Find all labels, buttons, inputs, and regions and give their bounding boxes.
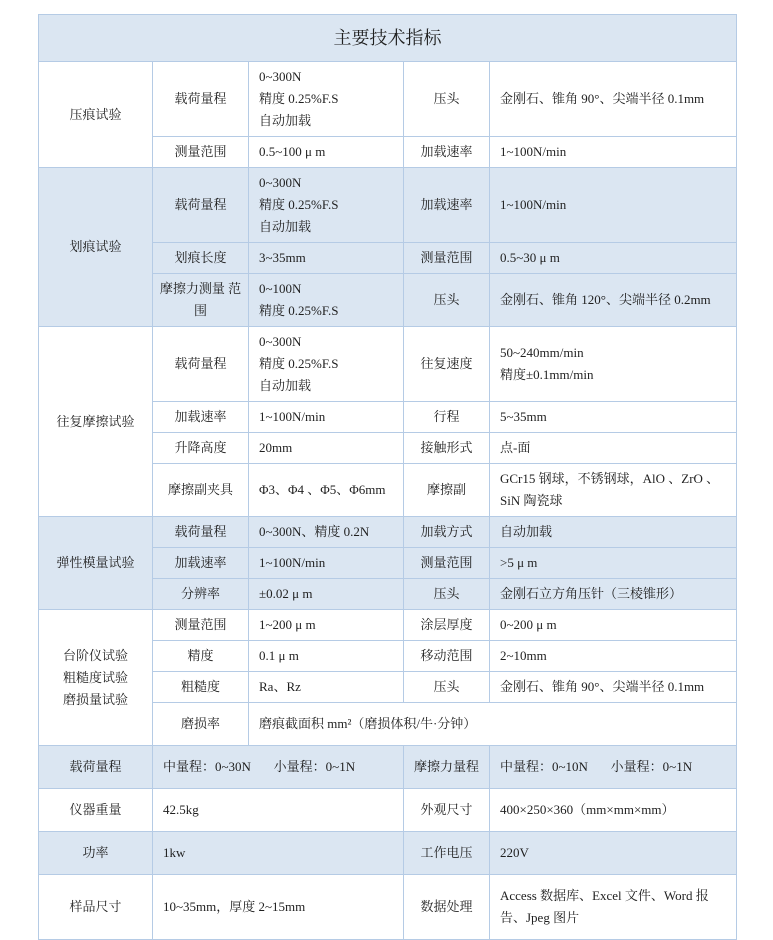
- param-label-cell: 行程: [404, 402, 490, 433]
- table-header-row: 主要技术指标: [39, 15, 737, 62]
- table-row: 载荷量程 中量程：0~30N 小量程：0~1N 摩擦力量程 中量程：0~10N …: [39, 746, 737, 789]
- param-value-cell: ±0.02 μ m: [249, 579, 404, 610]
- spec-table-container: 主要技术指标 压痕试验 载荷量程 0~300N 精度 0.25%F.S 自动加载…: [38, 14, 737, 940]
- table-title: 主要技术指标: [39, 15, 737, 62]
- param-label-cell: 载荷量程: [153, 517, 249, 548]
- param-value-cell: 金刚石、锥角 120°、尖端半径 0.2mm: [490, 274, 737, 327]
- param-label-cell: 测量范围: [153, 137, 249, 168]
- spec-value-cell: 10~35mm，厚度 2~15mm: [153, 875, 404, 940]
- section-scratch-test: 划痕试验 载荷量程 0~300N 精度 0.25%F.S 自动加载 加载速率 1…: [39, 168, 737, 327]
- param-value-cell: 0.5~100 μ m: [249, 137, 404, 168]
- param-label-cell: 测量范围: [404, 243, 490, 274]
- spec-label-cell: 外观尺寸: [404, 789, 490, 832]
- param-value-cell: 1~100N/min: [249, 402, 404, 433]
- param-label-cell: 压头: [404, 579, 490, 610]
- param-value-cell: Φ3、Φ4 、Φ5、Φ6mm: [249, 464, 404, 517]
- param-label-cell: 接触形式: [404, 433, 490, 464]
- param-label-cell: 划痕长度: [153, 243, 249, 274]
- spec-table: 主要技术指标 压痕试验 载荷量程 0~300N 精度 0.25%F.S 自动加载…: [38, 14, 737, 940]
- spec-value-cell: 400×250×360（mm×mm×mm）: [490, 789, 737, 832]
- param-label-cell: 粗糙度: [153, 672, 249, 703]
- param-value-cell: 50~240mm/min 精度±0.1mm/min: [490, 327, 737, 402]
- param-value-cell: 0~300N 精度 0.25%F.S 自动加载: [249, 62, 404, 137]
- param-label-cell: 往复速度: [404, 327, 490, 402]
- param-value-cell: 金刚石、锥角 90°、尖端半径 0.1mm: [490, 672, 737, 703]
- spec-value-cell: 220V: [490, 832, 737, 875]
- spec-label-cell: 数据处理: [404, 875, 490, 940]
- table-row: 台阶仪试验 粗糙度试验 磨损量试验 测量范围 1~200 μ m 涂层厚度 0~…: [39, 610, 737, 641]
- param-value-cell: 0~200 μ m: [490, 610, 737, 641]
- param-label-cell: 载荷量程: [153, 62, 249, 137]
- spec-value-cell: 42.5kg: [153, 789, 404, 832]
- param-label-cell: 载荷量程: [153, 327, 249, 402]
- table-row: 往复摩擦试验 载荷量程 0~300N 精度 0.25%F.S 自动加载 往复速度…: [39, 327, 737, 402]
- test-name-cell: 弹性模量试验: [39, 517, 153, 610]
- section-profiler-roughness-wear-test: 台阶仪试验 粗糙度试验 磨损量试验 测量范围 1~200 μ m 涂层厚度 0~…: [39, 610, 737, 746]
- param-value-cell: 0~300N、精度 0.2N: [249, 517, 404, 548]
- section-general-specs: 载荷量程 中量程：0~30N 小量程：0~1N 摩擦力量程 中量程：0~10N …: [39, 746, 737, 940]
- spec-label-cell: 工作电压: [404, 832, 490, 875]
- param-label-cell: 加载速率: [404, 137, 490, 168]
- param-value-cell: 自动加载: [490, 517, 737, 548]
- param-value-cell: 0~300N 精度 0.25%F.S 自动加载: [249, 168, 404, 243]
- section-indentation-test: 压痕试验 载荷量程 0~300N 精度 0.25%F.S 自动加载 压头 金刚石…: [39, 62, 737, 168]
- param-label-cell: 摩擦副夹具: [153, 464, 249, 517]
- spec-label-cell: 样品尺寸: [39, 875, 153, 940]
- param-value-cell: 2~10mm: [490, 641, 737, 672]
- param-label-cell: 分辨率: [153, 579, 249, 610]
- param-value-cell: GCr15 钢球，不锈钢球，AlO 、ZrO 、SiN 陶瓷球: [490, 464, 737, 517]
- param-label-cell: 测量范围: [404, 548, 490, 579]
- param-label-cell: 加载速率: [153, 402, 249, 433]
- table-row: 功率 1kw 工作电压 220V: [39, 832, 737, 875]
- spec-value-cell: 中量程：0~10N 小量程：0~1N: [490, 746, 737, 789]
- param-label-cell: 压头: [404, 62, 490, 137]
- param-label-cell: 加载方式: [404, 517, 490, 548]
- param-label-cell: 测量范围: [153, 610, 249, 641]
- param-label-cell: 移动范围: [404, 641, 490, 672]
- spec-label-cell: 仪器重量: [39, 789, 153, 832]
- param-label-cell: 精度: [153, 641, 249, 672]
- param-label-cell: 升降高度: [153, 433, 249, 464]
- param-value-cell: 1~100N/min: [249, 548, 404, 579]
- test-name-cell: 往复摩擦试验: [39, 327, 153, 517]
- test-name-cell: 划痕试验: [39, 168, 153, 327]
- param-value-cell: 20mm: [249, 433, 404, 464]
- param-label-cell: 加载速率: [153, 548, 249, 579]
- param-value-cell: Ra、Rz: [249, 672, 404, 703]
- param-label-cell: 摩擦力测量 范围: [153, 274, 249, 327]
- param-value-cell: 金刚石、锥角 90°、尖端半径 0.1mm: [490, 62, 737, 137]
- param-label-cell: 磨损率: [153, 703, 249, 746]
- table-row: 样品尺寸 10~35mm，厚度 2~15mm 数据处理 Access 数据库、E…: [39, 875, 737, 940]
- param-value-cell: 0~300N 精度 0.25%F.S 自动加载: [249, 327, 404, 402]
- param-value-cell: 5~35mm: [490, 402, 737, 433]
- test-name-cell: 压痕试验: [39, 62, 153, 168]
- table-row: 仪器重量 42.5kg 外观尺寸 400×250×360（mm×mm×mm）: [39, 789, 737, 832]
- section-elastic-modulus-test: 弹性模量试验 载荷量程 0~300N、精度 0.2N 加载方式 自动加载 加载速…: [39, 517, 737, 610]
- param-value-cell: 1~200 μ m: [249, 610, 404, 641]
- param-label-cell: 摩擦副: [404, 464, 490, 517]
- param-value-cell: 金刚石立方角压针（三棱锥形）: [490, 579, 737, 610]
- spec-label-cell: 摩擦力量程: [404, 746, 490, 789]
- param-value-cell: 点-面: [490, 433, 737, 464]
- spec-value-cell: 1kw: [153, 832, 404, 875]
- param-label-cell: 压头: [404, 274, 490, 327]
- param-label-cell: 加载速率: [404, 168, 490, 243]
- param-label-cell: 压头: [404, 672, 490, 703]
- param-value-cell: 1~100N/min: [490, 137, 737, 168]
- param-value-cell-wide: 磨痕截面积 mm²（磨损体积/牛·分钟）: [249, 703, 737, 746]
- param-value-cell: 0~100N 精度 0.25%F.S: [249, 274, 404, 327]
- param-label-cell: 载荷量程: [153, 168, 249, 243]
- param-value-cell: 0.1 μ m: [249, 641, 404, 672]
- spec-label-cell: 功率: [39, 832, 153, 875]
- table-row: 压痕试验 载荷量程 0~300N 精度 0.25%F.S 自动加载 压头 金刚石…: [39, 62, 737, 137]
- spec-value-cell: Access 数据库、Excel 文件、Word 报告、Jpeg 图片: [490, 875, 737, 940]
- param-value-cell: >5 μ m: [490, 548, 737, 579]
- spec-label-cell: 载荷量程: [39, 746, 153, 789]
- param-value-cell: 3~35mm: [249, 243, 404, 274]
- param-label-cell: 涂层厚度: [404, 610, 490, 641]
- param-value-cell: 1~100N/min: [490, 168, 737, 243]
- spec-value-cell: 中量程：0~30N 小量程：0~1N: [153, 746, 404, 789]
- section-reciprocating-friction-test: 往复摩擦试验 载荷量程 0~300N 精度 0.25%F.S 自动加载 往复速度…: [39, 327, 737, 517]
- table-row: 弹性模量试验 载荷量程 0~300N、精度 0.2N 加载方式 自动加载: [39, 517, 737, 548]
- table-row: 划痕试验 载荷量程 0~300N 精度 0.25%F.S 自动加载 加载速率 1…: [39, 168, 737, 243]
- test-name-cell: 台阶仪试验 粗糙度试验 磨损量试验: [39, 610, 153, 746]
- param-value-cell: 0.5~30 μ m: [490, 243, 737, 274]
